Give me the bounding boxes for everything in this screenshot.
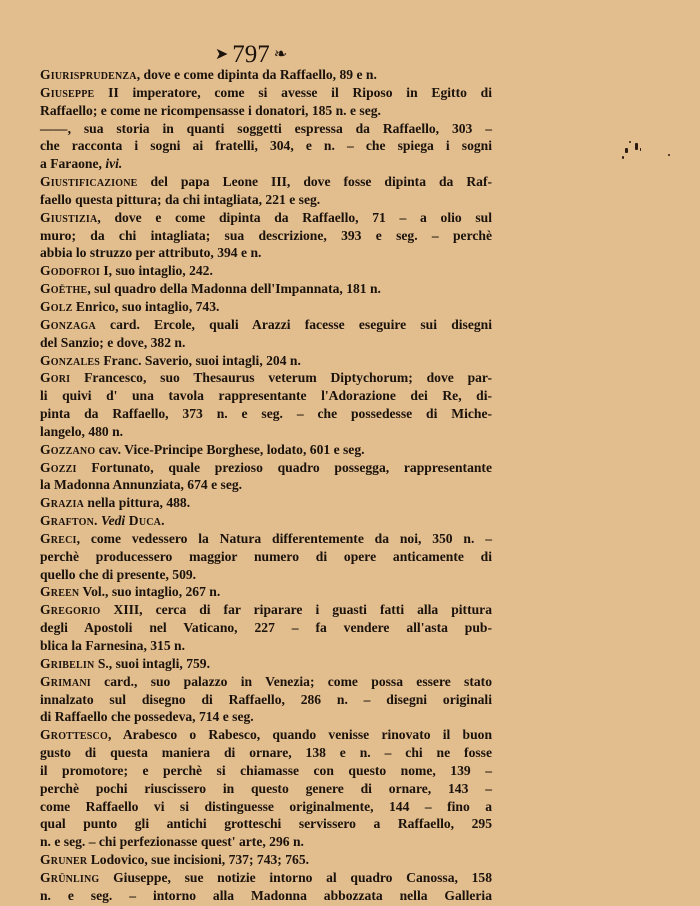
entry-text: Fortunato, quale prezioso quadro possegg…: [77, 460, 492, 475]
entry-headword: Gozzi: [40, 460, 77, 475]
entry-headword: Grottesco: [40, 727, 108, 742]
entry-line: ——, sua storia in quanti soggetti espres…: [65, 120, 492, 138]
entry-text: perchè producessero maggior numero di op…: [40, 549, 492, 564]
entry-italic-ref: Vedi: [101, 513, 125, 528]
entry-line: Gonzales Franc. Saverio, suoi intagli, 2…: [65, 352, 492, 370]
entry-line: pinta da Raffaello, 373 n. e seg. – che …: [65, 405, 492, 423]
entry-line: Greci, come vedessero la Natura differen…: [65, 530, 492, 548]
index-entry: Goëthe, sul quadro della Madonna dell'Im…: [40, 280, 492, 298]
entry-text: Lodovico, sue incisioni, 737; 743; 765.: [87, 852, 309, 867]
entry-line: Grazia nella pittura, 488.: [65, 494, 492, 512]
index-entry: Grazia nella pittura, 488.: [40, 494, 492, 512]
entry-text: langelo, 480 n.: [40, 424, 123, 439]
entry-text: Enrico, suo intaglio, 743.: [73, 299, 220, 314]
entry-line: del Sanzio; e dove, 382 n.: [65, 334, 492, 352]
index-entries: Giurisprudenza, dove e come dipinta da R…: [40, 66, 492, 905]
index-entry: Gozzano cav. Vice-Principe Borghese, lod…: [40, 441, 492, 459]
index-entry: Gozzi Fortunato, quale prezioso quadro p…: [40, 459, 492, 495]
entry-line: Golz Enrico, suo intaglio, 743.: [65, 298, 492, 316]
entry-line: perchè pochi riuscissero in questo gener…: [65, 780, 492, 798]
entry-text: II imperatore, come si avesse il Riposo …: [94, 85, 492, 100]
entry-line: di Raffaello che possedeva, 714 e seg.: [65, 708, 492, 726]
entry-line: perchè producessero maggior numero di op…: [65, 548, 492, 566]
entry-text: Raffaello; e come ne ricompensasse i don…: [40, 103, 381, 118]
entry-headword: Giurisprudenza: [40, 67, 137, 82]
entry-headword: Gori: [40, 370, 70, 385]
entry-line: Gori Francesco, suo Thesaurus veterum Di…: [65, 369, 492, 387]
entry-headword: Giuseppe: [40, 85, 94, 100]
index-entry: Godofroi I, suo intaglio, 242.: [40, 262, 492, 280]
entry-line: Giurisprudenza, dove e come dipinta da R…: [65, 66, 492, 84]
entry-headword: Greci: [40, 531, 77, 546]
entry-text: il promotore; e perchè si chiamasse con …: [40, 763, 492, 778]
entry-text: Vol., suo intaglio, 267 n.: [79, 584, 220, 599]
entry-text: di Raffaello che possedeva, 714 e seg.: [40, 709, 254, 724]
entry-line: gusto di questa maniera di ornare, 138 e…: [65, 744, 492, 762]
entry-headword: Grimani: [40, 674, 91, 689]
entry-line: Gozzi Fortunato, quale prezioso quadro p…: [65, 459, 492, 477]
entry-headword: Grazia: [40, 495, 84, 510]
entry-headword: Green: [40, 584, 79, 599]
entry-text: li quivi d' una tavola rappresentante l'…: [40, 388, 492, 403]
entry-headword: Gozzano: [40, 442, 95, 457]
entry-text: , come vedessero la Natura differentemen…: [77, 531, 492, 546]
entry-line: Giustizia, dove e come dipinta da Raffae…: [65, 209, 492, 227]
entry-text: n. e seg. – chi perfezionasse quest' art…: [40, 834, 304, 849]
entry-line: li quivi d' una tavola rappresentante l'…: [65, 387, 492, 405]
entry-line: n. e seg. – intorno alla Madonna abbozza…: [65, 887, 492, 905]
index-entry: Giuseppe II imperatore, come si avesse i…: [40, 84, 492, 120]
index-entry: Gruner Lodovico, sue incisioni, 737; 743…: [40, 851, 492, 869]
entry-text: gusto di questa maniera di ornare, 138 e…: [40, 745, 492, 760]
index-entry: Grünling Giuseppe, sue notizie intorno a…: [40, 869, 492, 905]
index-entry: Golz Enrico, suo intaglio, 743.: [40, 298, 492, 316]
entry-line: Gregorio XIII, cerca di far riparare i g…: [65, 601, 492, 619]
index-entry: Grottesco, Arabesco o Rabesco, quando ve…: [40, 726, 492, 851]
entry-line: innalzato sul disegno di Raffaello, 286 …: [65, 691, 492, 709]
entry-text: la Madonna Annunziata, 674 e seg.: [40, 477, 242, 492]
entry-text: pinta da Raffaello, 373 n. e seg. – che …: [40, 406, 492, 421]
entry-line: Grottesco, Arabesco o Rabesco, quando ve…: [65, 726, 492, 744]
entry-line: che racconta i sogni ai fratelli, 304, e…: [65, 137, 492, 155]
entry-headword: Giustificazione: [40, 174, 138, 189]
index-entry: Greci, come vedessero la Natura differen…: [40, 530, 492, 584]
entry-text: nella pittura, 488.: [84, 495, 190, 510]
entry-cross-ref: Duca.: [125, 513, 164, 528]
entry-headword: Godofroi: [40, 263, 100, 278]
index-entry: Gregorio XIII, cerca di far riparare i g…: [40, 601, 492, 655]
entry-text: blica la Farnesina, 315 n.: [40, 638, 185, 653]
entry-headword: Goëthe: [40, 281, 87, 296]
index-entry: Gribelin S., suoi intagli, 759.: [40, 655, 492, 673]
entry-text: , Arabesco o Rabesco, quando venisse rin…: [108, 727, 492, 742]
index-entry: Grafton. Vedi Duca.: [40, 512, 492, 530]
entry-line: Giuseppe II imperatore, come si avesse i…: [65, 84, 492, 102]
index-entry: Giustificazione del papa Leone III, dove…: [40, 173, 492, 209]
entry-text: I, suo intaglio, 242.: [100, 263, 213, 278]
entry-line: degli Apostoli nel Vaticano, 227 – fa ve…: [65, 619, 492, 637]
margin-ink-specks: [620, 138, 670, 178]
entry-text: card., suo palazzo in Venezia; come poss…: [91, 674, 492, 689]
entry-headword: Gruner: [40, 852, 87, 867]
entry-line: blica la Farnesina, 315 n.: [65, 637, 492, 655]
entry-text: che racconta i sogni ai fratelli, 304, e…: [40, 138, 492, 153]
entry-headword: Gonzaga: [40, 317, 96, 332]
entry-text: Giuseppe, sue notizie intorno al quadro …: [99, 870, 492, 885]
entry-text: Franc. Saverio, suoi intagli, 204 n.: [100, 353, 301, 368]
entry-line: Grafton. Vedi Duca.: [65, 512, 492, 530]
left-ornament-icon: ➤: [215, 46, 228, 63]
entry-line: n. e seg. – chi perfezionasse quest' art…: [65, 833, 492, 851]
entry-text: muro; da chi intagliata; sua descrizione…: [40, 228, 492, 243]
entry-text: n. e seg. – intorno alla Madonna abbozza…: [40, 888, 492, 903]
entry-line: Gruner Lodovico, sue incisioni, 737; 743…: [65, 851, 492, 869]
index-entry: ——, sua storia in quanti soggetti espres…: [40, 120, 492, 174]
entry-text: a Faraone,: [40, 156, 105, 171]
index-entry: Gori Francesco, suo Thesaurus veterum Di…: [40, 369, 492, 440]
entry-text: abbia lo struzzo per attributo, 394 e n.: [40, 245, 261, 260]
entry-line: Raffaello; e come ne ricompensasse i don…: [65, 102, 492, 120]
entry-text: , sul quadro della Madonna dell'Impannat…: [87, 281, 381, 296]
page-number: 797: [232, 41, 270, 68]
entry-text: del Sanzio; e dove, 382 n.: [40, 335, 185, 350]
entry-line: Grünling Giuseppe, sue notizie intorno a…: [65, 869, 492, 887]
entry-headword: Golz: [40, 299, 73, 314]
entry-text: S., suoi intagli, 759.: [94, 656, 210, 671]
index-entry: Giustizia, dove e come dipinta da Raffae…: [40, 209, 492, 263]
entry-line: Goëthe, sul quadro della Madonna dell'Im…: [65, 280, 492, 298]
entry-text: , dove e come dipinta da Raffaello, 89 e…: [137, 67, 377, 82]
entry-text: card. Ercole, quali Arazzi facesse esegu…: [96, 317, 492, 332]
entry-text: , sua storia in quanti soggetti espressa…: [68, 121, 492, 136]
entry-line: il promotore; e perchè si chiamasse con …: [65, 762, 492, 780]
entry-line: qual punto gli antichi grotteschi servis…: [65, 815, 492, 833]
entry-line: Grimani card., suo palazzo in Venezia; c…: [65, 673, 492, 691]
entry-text: qual punto gli antichi grotteschi servis…: [40, 816, 492, 831]
right-ornament-icon: ❧: [274, 46, 287, 63]
index-entry: Gonzaga card. Ercole, quali Arazzi faces…: [40, 316, 492, 352]
entry-line: faello questa pittura; da chi intagliata…: [65, 191, 492, 209]
entry-headword: Gribelin: [40, 656, 94, 671]
entry-headword: Grünling: [40, 870, 99, 885]
entry-line: Green Vol., suo intaglio, 267 n.: [65, 583, 492, 601]
entry-line: muro; da chi intagliata; sua descrizione…: [65, 227, 492, 245]
entry-line: come Raffaello vi si distinguesse origin…: [65, 798, 492, 816]
index-entry: Giurisprudenza, dove e come dipinta da R…: [40, 66, 492, 84]
entry-headword: Grafton.: [40, 513, 98, 528]
entry-text: come Raffaello vi si distinguesse origin…: [40, 799, 492, 814]
entry-italic-ref: ivi.: [105, 156, 122, 171]
entry-headword: Gonzales: [40, 353, 100, 368]
entry-text: degli Apostoli nel Vaticano, 227 – fa ve…: [40, 620, 492, 635]
entry-line: Giustificazione del papa Leone III, dove…: [65, 173, 492, 191]
entry-text: innalzato sul disegno di Raffaello, 286 …: [40, 692, 492, 707]
entry-line: Gribelin S., suoi intagli, 759.: [65, 655, 492, 673]
entry-headword: Gregorio: [40, 602, 101, 617]
entry-line: langelo, 480 n.: [65, 423, 492, 441]
entry-text: del papa Leone III, dove fosse dipinta d…: [138, 174, 493, 189]
entry-text: XIII, cerca di far riparare i guasti fat…: [101, 602, 492, 617]
entry-line: la Madonna Annunziata, 674 e seg.: [65, 476, 492, 494]
entry-line: a Faraone, ivi.: [65, 155, 492, 173]
entry-text: perchè pochi riuscissero in questo gener…: [40, 781, 492, 796]
entry-text: Francesco, suo Thesaurus veterum Diptych…: [70, 370, 492, 385]
entry-line: Gozzano cav. Vice-Principe Borghese, lod…: [65, 441, 492, 459]
entry-line: abbia lo struzzo per attributo, 394 e n.: [65, 244, 492, 262]
entry-line: Gonzaga card. Ercole, quali Arazzi faces…: [65, 316, 492, 334]
index-entry: Green Vol., suo intaglio, 267 n.: [40, 583, 492, 601]
entry-line: quello che di presente, 509.: [65, 566, 492, 584]
entry-text: faello questa pittura; da chi intagliata…: [40, 192, 320, 207]
entry-headword: Giustizia: [40, 210, 97, 225]
entry-headword: ——: [40, 121, 68, 136]
index-entry: Grimani card., suo palazzo in Venezia; c…: [40, 673, 492, 727]
entry-line: Godofroi I, suo intaglio, 242.: [65, 262, 492, 280]
entry-text: cav. Vice-Principe Borghese, lodato, 601…: [95, 442, 364, 457]
entry-text: quello che di presente, 509.: [40, 567, 196, 582]
entry-text: , dove e come dipinta da Raffaello, 71 –…: [97, 210, 492, 225]
index-entry: Gonzales Franc. Saverio, suoi intagli, 2…: [40, 352, 492, 370]
